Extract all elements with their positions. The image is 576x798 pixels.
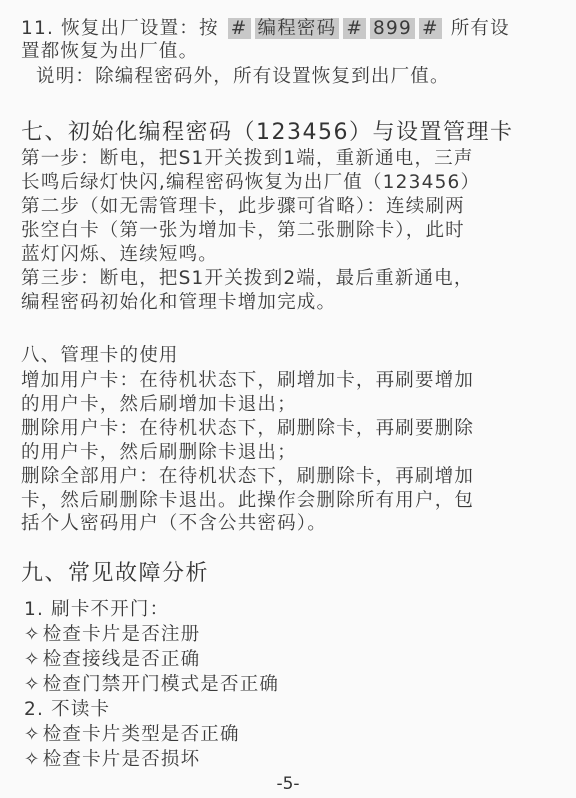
section-8-title: 八、管理卡的使用 bbox=[21, 345, 179, 367]
fault-item: ✧检查卡片类型是否正确 bbox=[24, 724, 240, 746]
section-8-line: 删除全部用户：在待机状态下，刷删除卡，再刷增加 bbox=[21, 466, 474, 488]
section-7-title: 七、初始化编程密码（123456）与设置管理卡 bbox=[21, 120, 513, 146]
fault-heading: 1. 刷卡不开门： bbox=[24, 599, 169, 621]
fault-item: ✧检查接线是否正确 bbox=[24, 649, 200, 671]
key-hash: # bbox=[419, 18, 442, 39]
fault-heading: 2. 不读卡 bbox=[24, 699, 110, 721]
star-bullet-icon: ✧ bbox=[24, 649, 41, 670]
section-8-line: 增加用户卡：在待机状态下，刷增加卡，再刷要增加 bbox=[21, 370, 474, 392]
fault-item: ✧检查门禁开门模式是否正确 bbox=[24, 674, 279, 696]
fault-item-text: 检查接线是否正确 bbox=[43, 649, 201, 670]
fault-item-text: 检查卡片类型是否正确 bbox=[43, 724, 240, 745]
fault-item-text: 检查门禁开门模式是否正确 bbox=[43, 674, 279, 695]
section-7-line: 第二步（如无需管理卡，此步骤可省略）：连续刷两 bbox=[21, 196, 465, 218]
section-7-line: 长鸣后绿灯快闪,编程密码恢复为出厂值（123456） bbox=[21, 172, 480, 194]
section-8-line: 括个人密码用户（不含公共密码）。 bbox=[21, 513, 327, 535]
section-7-line: 张空白卡（第一张为增加卡，第二张删除卡），此时 bbox=[21, 220, 465, 242]
section-9-title: 九、常见故障分析 bbox=[21, 561, 209, 587]
star-bullet-icon: ✧ bbox=[24, 624, 41, 645]
section-7-line: 第一步：断电，把S1开关拨到1端，重新通电，三声 bbox=[21, 148, 474, 170]
fault-item: ✧检查卡片是否注册 bbox=[24, 624, 200, 646]
section-7-line: 第三步：断电，把S1开关拨到2端，最后重新通电， bbox=[21, 268, 474, 290]
manual-page: 11. 恢复出厂设置：按 #编程密码#899# 所有设 置都恢复为出厂值。 说明… bbox=[0, 0, 576, 798]
fault-item-text: 检查卡片是否损坏 bbox=[43, 749, 201, 770]
section-7-line: 蓝灯闪烁、连续短鸣。 bbox=[21, 244, 218, 266]
key-899: 899 bbox=[370, 18, 415, 39]
factory-reset-line2: 置都恢复为出厂值。 bbox=[21, 41, 198, 63]
factory-reset-label: 11. 恢复出厂设置：按 bbox=[21, 18, 219, 39]
section-8-line: 的用户卡，然后刷删除卡退出； bbox=[21, 442, 297, 464]
key-hash: # bbox=[228, 18, 251, 39]
star-bullet-icon: ✧ bbox=[24, 749, 41, 770]
star-bullet-icon: ✧ bbox=[24, 724, 41, 745]
section-7-line: 编程密码初始化和管理卡增加完成。 bbox=[21, 292, 336, 314]
fault-item-text: 检查卡片是否注册 bbox=[43, 624, 201, 645]
star-bullet-icon: ✧ bbox=[24, 674, 41, 695]
factory-reset-note: 说明：除编程密码外，所有设置恢复到出厂值。 bbox=[36, 66, 450, 88]
section-8-line: 的用户卡，然后刷增加卡退出； bbox=[21, 394, 297, 416]
key-program-password: 编程密码 bbox=[255, 18, 340, 39]
section-8-line: 删除用户卡：在待机状态下，刷删除卡，再刷要删除 bbox=[21, 418, 474, 440]
section-8-line: 卡，然后刷删除卡退出。此操作会删除所有用户，包 bbox=[21, 490, 474, 512]
factory-reset-line: 11. 恢复出厂设置：按 #编程密码#899# 所有设 bbox=[21, 18, 510, 40]
fault-item: ✧检查卡片是否损坏 bbox=[24, 749, 200, 771]
key-hash: # bbox=[343, 18, 366, 39]
factory-reset-suffix: 所有设 bbox=[451, 18, 510, 39]
page-number: -5- bbox=[0, 774, 576, 794]
